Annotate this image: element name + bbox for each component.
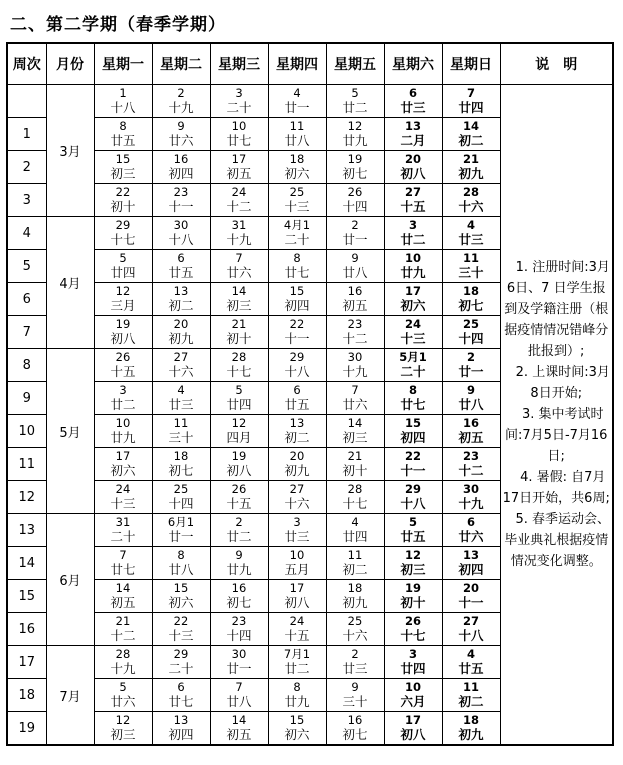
day-cell: 24十三 [94,481,152,514]
lunar-date: 廿八 [269,133,326,148]
lunar-date: 二月 [385,133,442,148]
lunar-date: 廿八 [327,265,384,280]
solar-date: 11 [269,120,326,134]
day-cell: 14初二 [442,118,500,151]
lunar-date: 十六 [327,628,384,643]
solar-date: 9 [153,120,210,134]
lunar-date: 初六 [95,463,152,478]
day-cell: 12初三 [94,712,152,746]
lunar-date: 廿三 [269,529,326,544]
day-cell: 17初八 [384,712,442,746]
column-header-4: 星期三 [210,43,268,85]
column-header-5: 星期四 [268,43,326,85]
note-item: 3. 集中考试时间:7月5日-7月16日; [501,404,613,467]
week-cell: 16 [7,613,46,646]
solar-date: 18 [327,582,384,596]
lunar-date: 十五 [211,496,268,511]
day-cell: 28十九 [94,646,152,679]
lunar-date: 初六 [269,166,326,181]
day-cell: 18初六 [268,151,326,184]
week-cell: 10 [7,415,46,448]
solar-date: 14 [443,120,500,134]
solar-date: 13 [443,549,500,563]
solar-date: 28 [443,186,500,200]
solar-date: 19 [385,582,442,596]
lunar-date: 十七 [327,496,384,511]
solar-date: 21 [443,153,500,167]
week-cell: 9 [7,382,46,415]
lunar-date: 廿四 [443,100,500,115]
lunar-date: 廿三 [327,661,384,676]
lunar-date: 廿九 [95,430,152,445]
lunar-date: 初四 [385,430,442,445]
solar-date: 24 [211,186,268,200]
day-cell: 26十四 [326,184,384,217]
solar-date: 28 [327,483,384,497]
solar-date: 7 [211,252,268,266]
lunar-date: 廿二 [95,397,152,412]
lunar-date: 十六 [443,199,500,214]
day-cell: 16初五 [326,283,384,316]
day-cell: 12初三 [384,547,442,580]
solar-date: 24 [385,318,442,332]
day-cell: 22十三 [152,613,210,646]
day-cell: 30十九 [442,481,500,514]
day-cell: 29二十 [152,646,210,679]
solar-date: 26 [385,615,442,629]
day-cell: 8廿七 [384,382,442,415]
day-cell: 10五月 [268,547,326,580]
day-cell: 4廿三 [442,217,500,250]
day-cell: 19初八 [210,448,268,481]
page-title: 二、第二学期（春季学期） [0,0,623,42]
solar-date: 8 [385,384,442,398]
week-cell: 7 [7,316,46,349]
day-cell: 31二十 [94,514,152,547]
solar-date: 19 [95,318,152,332]
solar-date: 7 [443,87,500,101]
solar-date: 18 [269,153,326,167]
lunar-date: 初二 [269,430,326,445]
day-cell: 29十八 [268,349,326,382]
day-cell: 5廿六 [94,679,152,712]
day-cell: 23十二 [326,316,384,349]
solar-date: 30 [443,483,500,497]
day-cell: 20十一 [442,580,500,613]
solar-date: 5月1 [385,351,442,365]
lunar-date: 廿七 [385,397,442,412]
day-cell: 15初六 [268,712,326,746]
solar-date: 27 [269,483,326,497]
lunar-date: 十六 [269,496,326,511]
lunar-date: 初七 [327,727,384,742]
solar-date: 29 [153,648,210,662]
lunar-date: 十三 [95,496,152,511]
lunar-date: 廿五 [443,661,500,676]
solar-date: 29 [385,483,442,497]
day-cell: 2十九 [152,85,210,118]
solar-date: 6 [385,87,442,101]
solar-date: 13 [269,417,326,431]
day-cell: 23十二 [442,448,500,481]
week-cell: 18 [7,679,46,712]
week-cell: 15 [7,580,46,613]
week-cell [7,85,46,118]
solar-date: 10 [269,549,326,563]
lunar-date: 十四 [153,496,210,511]
lunar-date: 二十 [385,364,442,379]
solar-date: 14 [211,714,268,728]
solar-date: 23 [327,318,384,332]
day-cell: 3廿二 [94,382,152,415]
lunar-date: 廿八 [211,694,268,709]
lunar-date: 廿七 [211,133,268,148]
solar-date: 9 [327,252,384,266]
day-cell: 3二十 [210,85,268,118]
solar-date: 17 [385,285,442,299]
day-cell: 5廿四 [210,382,268,415]
day-cell: 29十七 [94,217,152,250]
day-cell: 27十五 [384,184,442,217]
day-cell: 11初二 [442,679,500,712]
solar-date: 4月1 [269,219,326,233]
lunar-date: 十九 [95,661,152,676]
lunar-date: 初四 [153,166,210,181]
day-cell: 13初二 [268,415,326,448]
solar-date: 18 [443,285,500,299]
day-cell: 8廿七 [268,250,326,283]
day-cell: 2廿二 [210,514,268,547]
lunar-date: 十三 [269,199,326,214]
lunar-date: 十一 [153,199,210,214]
solar-date: 26 [211,483,268,497]
lunar-date: 十四 [443,331,500,346]
day-cell: 21初十 [326,448,384,481]
lunar-date: 三月 [95,298,152,313]
lunar-date: 十二 [327,331,384,346]
day-cell: 7廿六 [326,382,384,415]
day-cell: 24十五 [268,613,326,646]
lunar-date: 十九 [153,100,210,115]
solar-date: 23 [153,186,210,200]
lunar-date: 廿四 [211,397,268,412]
day-cell: 17初五 [210,151,268,184]
lunar-date: 初二 [443,694,500,709]
lunar-date: 十一 [443,595,500,610]
solar-date: 6 [269,384,326,398]
solar-date: 30 [327,351,384,365]
day-cell: 11廿八 [268,118,326,151]
notes-cell: 1. 注册时间:3月6日、7 日学生报到及学籍注册（根据疫情情况错峰分批报到）;… [500,85,613,746]
day-cell: 25十四 [442,316,500,349]
lunar-date: 初十 [95,199,152,214]
day-cell: 13初二 [152,283,210,316]
day-cell: 24十三 [384,316,442,349]
solar-date: 5 [211,384,268,398]
lunar-date: 二十 [269,232,326,247]
day-cell: 6廿五 [268,382,326,415]
day-cell: 30十九 [326,349,384,382]
note-item: 5. 春季运动会、毕业典礼根据疫情情况变化调整。 [501,509,613,572]
lunar-date: 初七 [327,166,384,181]
lunar-date: 十七 [211,364,268,379]
solar-date: 23 [443,450,500,464]
day-cell: 7廿六 [210,250,268,283]
day-cell: 6廿五 [152,250,210,283]
solar-date: 26 [327,186,384,200]
lunar-date: 初七 [443,298,500,313]
lunar-date: 初九 [327,595,384,610]
day-cell: 22初十 [94,184,152,217]
solar-date: 2 [153,87,210,101]
solar-date: 17 [385,714,442,728]
day-cell: 12廿九 [326,118,384,151]
lunar-date: 初三 [95,727,152,742]
lunar-date: 二十 [211,100,268,115]
lunar-date: 廿五 [95,133,152,148]
day-cell: 6廿七 [152,679,210,712]
lunar-date: 十九 [327,364,384,379]
solar-date: 3 [385,219,442,233]
solar-date: 12 [95,285,152,299]
lunar-date: 初二 [327,562,384,577]
solar-date: 10 [385,681,442,695]
solar-date: 2 [211,516,268,530]
solar-date: 5 [95,252,152,266]
day-cell: 23十四 [210,613,268,646]
solar-date: 13 [153,285,210,299]
lunar-date: 三十 [443,265,500,280]
solar-date: 4 [153,384,210,398]
day-cell: 20初九 [152,316,210,349]
lunar-date: 初五 [443,430,500,445]
lunar-date: 廿三 [443,232,500,247]
solar-date: 20 [443,582,500,596]
day-cell: 14初五 [94,580,152,613]
lunar-date: 二十 [153,661,210,676]
solar-date: 16 [443,417,500,431]
day-cell: 17初六 [384,283,442,316]
solar-date: 11 [153,417,210,431]
day-cell: 15初四 [268,283,326,316]
day-cell: 11初二 [326,547,384,580]
lunar-date: 初八 [211,463,268,478]
lunar-date: 廿一 [153,529,210,544]
lunar-date: 廿一 [269,100,326,115]
solar-date: 12 [95,714,152,728]
solar-date: 20 [153,318,210,332]
day-cell: 15初三 [94,151,152,184]
lunar-date: 廿八 [443,397,500,412]
solar-date: 22 [95,186,152,200]
day-cell: 18初七 [152,448,210,481]
solar-date: 24 [269,615,326,629]
solar-date: 25 [269,186,326,200]
day-cell: 2廿一 [326,217,384,250]
solar-date: 16 [327,714,384,728]
solar-date: 27 [153,351,210,365]
day-cell: 5廿五 [384,514,442,547]
day-cell: 25十四 [152,481,210,514]
column-header-8: 星期日 [442,43,500,85]
solar-date: 9 [327,681,384,695]
solar-date: 2 [443,351,500,365]
solar-date: 18 [443,714,500,728]
lunar-date: 初十 [327,463,384,478]
lunar-date: 初八 [385,727,442,742]
lunar-date: 廿七 [153,694,210,709]
day-cell: 17初八 [268,580,326,613]
column-header-3: 星期二 [152,43,210,85]
lunar-date: 初七 [153,463,210,478]
lunar-date: 廿三 [153,397,210,412]
solar-date: 6 [153,681,210,695]
lunar-date: 廿九 [327,133,384,148]
lunar-date: 廿九 [211,562,268,577]
lunar-date: 初五 [211,727,268,742]
day-cell: 4廿四 [326,514,384,547]
lunar-date: 廿四 [327,529,384,544]
solar-date: 1 [95,87,152,101]
solar-date: 25 [153,483,210,497]
lunar-date: 三十 [327,694,384,709]
solar-date: 15 [153,582,210,596]
lunar-date: 廿四 [95,265,152,280]
calendar-table: 周次月份星期一星期二星期三星期四星期五星期六星期日说 明 3月1十八2十九3二十… [6,42,614,746]
day-cell: 19初八 [94,316,152,349]
solar-date: 7月1 [269,648,326,662]
solar-date: 8 [269,252,326,266]
solar-date: 10 [95,417,152,431]
solar-date: 6 [443,516,500,530]
solar-date: 4 [443,648,500,662]
solar-date: 22 [269,318,326,332]
day-cell: 16初七 [326,712,384,746]
lunar-date: 十五 [95,364,152,379]
solar-date: 22 [153,615,210,629]
solar-date: 16 [327,285,384,299]
day-cell: 14初三 [326,415,384,448]
month-cell: 6月 [46,514,94,646]
lunar-date: 初九 [443,727,500,742]
day-cell: 13二月 [384,118,442,151]
lunar-date: 初三 [327,430,384,445]
note-item: 4. 暑假: 自7月17日开始，共6周; [501,467,613,509]
solar-date: 21 [95,615,152,629]
lunar-date: 廿五 [153,265,210,280]
week-cell: 11 [7,448,46,481]
day-cell: 7廿七 [94,547,152,580]
day-cell: 27十八 [442,613,500,646]
solar-date: 25 [327,615,384,629]
lunar-date: 廿五 [385,529,442,544]
solar-date: 7 [327,384,384,398]
day-cell: 21初九 [442,151,500,184]
solar-date: 25 [443,318,500,332]
lunar-date: 初四 [443,562,500,577]
day-cell: 6廿三 [384,85,442,118]
lunar-date: 四月 [211,430,268,445]
day-cell: 26十五 [210,481,268,514]
day-cell: 11三十 [442,250,500,283]
lunar-date: 十八 [153,232,210,247]
day-cell: 26十五 [94,349,152,382]
day-cell: 3廿四 [384,646,442,679]
solar-date: 11 [443,681,500,695]
solar-date: 23 [211,615,268,629]
solar-date: 17 [269,582,326,596]
day-cell: 2廿一 [442,349,500,382]
day-cell: 10廿九 [94,415,152,448]
lunar-date: 初九 [153,331,210,346]
lunar-date: 初七 [211,595,268,610]
day-cell: 13初四 [442,547,500,580]
solar-date: 28 [95,648,152,662]
day-cell: 10廿九 [384,250,442,283]
day-cell: 31十九 [210,217,268,250]
day-cell: 27十六 [152,349,210,382]
solar-date: 29 [95,219,152,233]
lunar-date: 初十 [211,331,268,346]
lunar-date: 廿八 [153,562,210,577]
day-cell: 15初四 [384,415,442,448]
lunar-date: 十五 [385,199,442,214]
lunar-date: 十七 [95,232,152,247]
lunar-date: 初十 [385,595,442,610]
solar-date: 21 [327,450,384,464]
day-cell: 7廿四 [442,85,500,118]
solar-date: 4 [327,516,384,530]
solar-date: 9 [443,384,500,398]
lunar-date: 初三 [211,298,268,313]
lunar-date: 廿七 [269,265,326,280]
lunar-date: 初三 [95,166,152,181]
day-cell: 10六月 [384,679,442,712]
lunar-date: 初二 [153,298,210,313]
day-cell: 30廿一 [210,646,268,679]
solar-date: 21 [211,318,268,332]
solar-date: 15 [385,417,442,431]
lunar-date: 十三 [153,628,210,643]
day-cell: 16初五 [442,415,500,448]
day-cell: 7月1廿二 [268,646,326,679]
lunar-date: 廿一 [443,364,500,379]
solar-date: 24 [95,483,152,497]
solar-date: 18 [153,450,210,464]
table-row: 3月1十八2十九3二十4廿一5廿二6廿三7廿四1. 注册时间:3月6日、7 日学… [7,85,613,118]
solar-date: 14 [95,582,152,596]
week-cell: 2 [7,151,46,184]
solar-date: 7 [211,681,268,695]
day-cell: 3廿三 [268,514,326,547]
lunar-date: 廿二 [269,661,326,676]
lunar-date: 廿二 [327,100,384,115]
lunar-date: 初九 [269,463,326,478]
solar-date: 12 [327,120,384,134]
solar-date: 27 [443,615,500,629]
day-cell: 5廿二 [326,85,384,118]
solar-date: 22 [385,450,442,464]
day-cell: 22十一 [384,448,442,481]
day-cell: 9廿八 [442,382,500,415]
week-cell: 8 [7,349,46,382]
lunar-date: 廿七 [95,562,152,577]
solar-date: 31 [95,516,152,530]
lunar-date: 十八 [385,496,442,511]
day-cell: 5廿四 [94,250,152,283]
solar-date: 3 [385,648,442,662]
solar-date: 8 [153,549,210,563]
